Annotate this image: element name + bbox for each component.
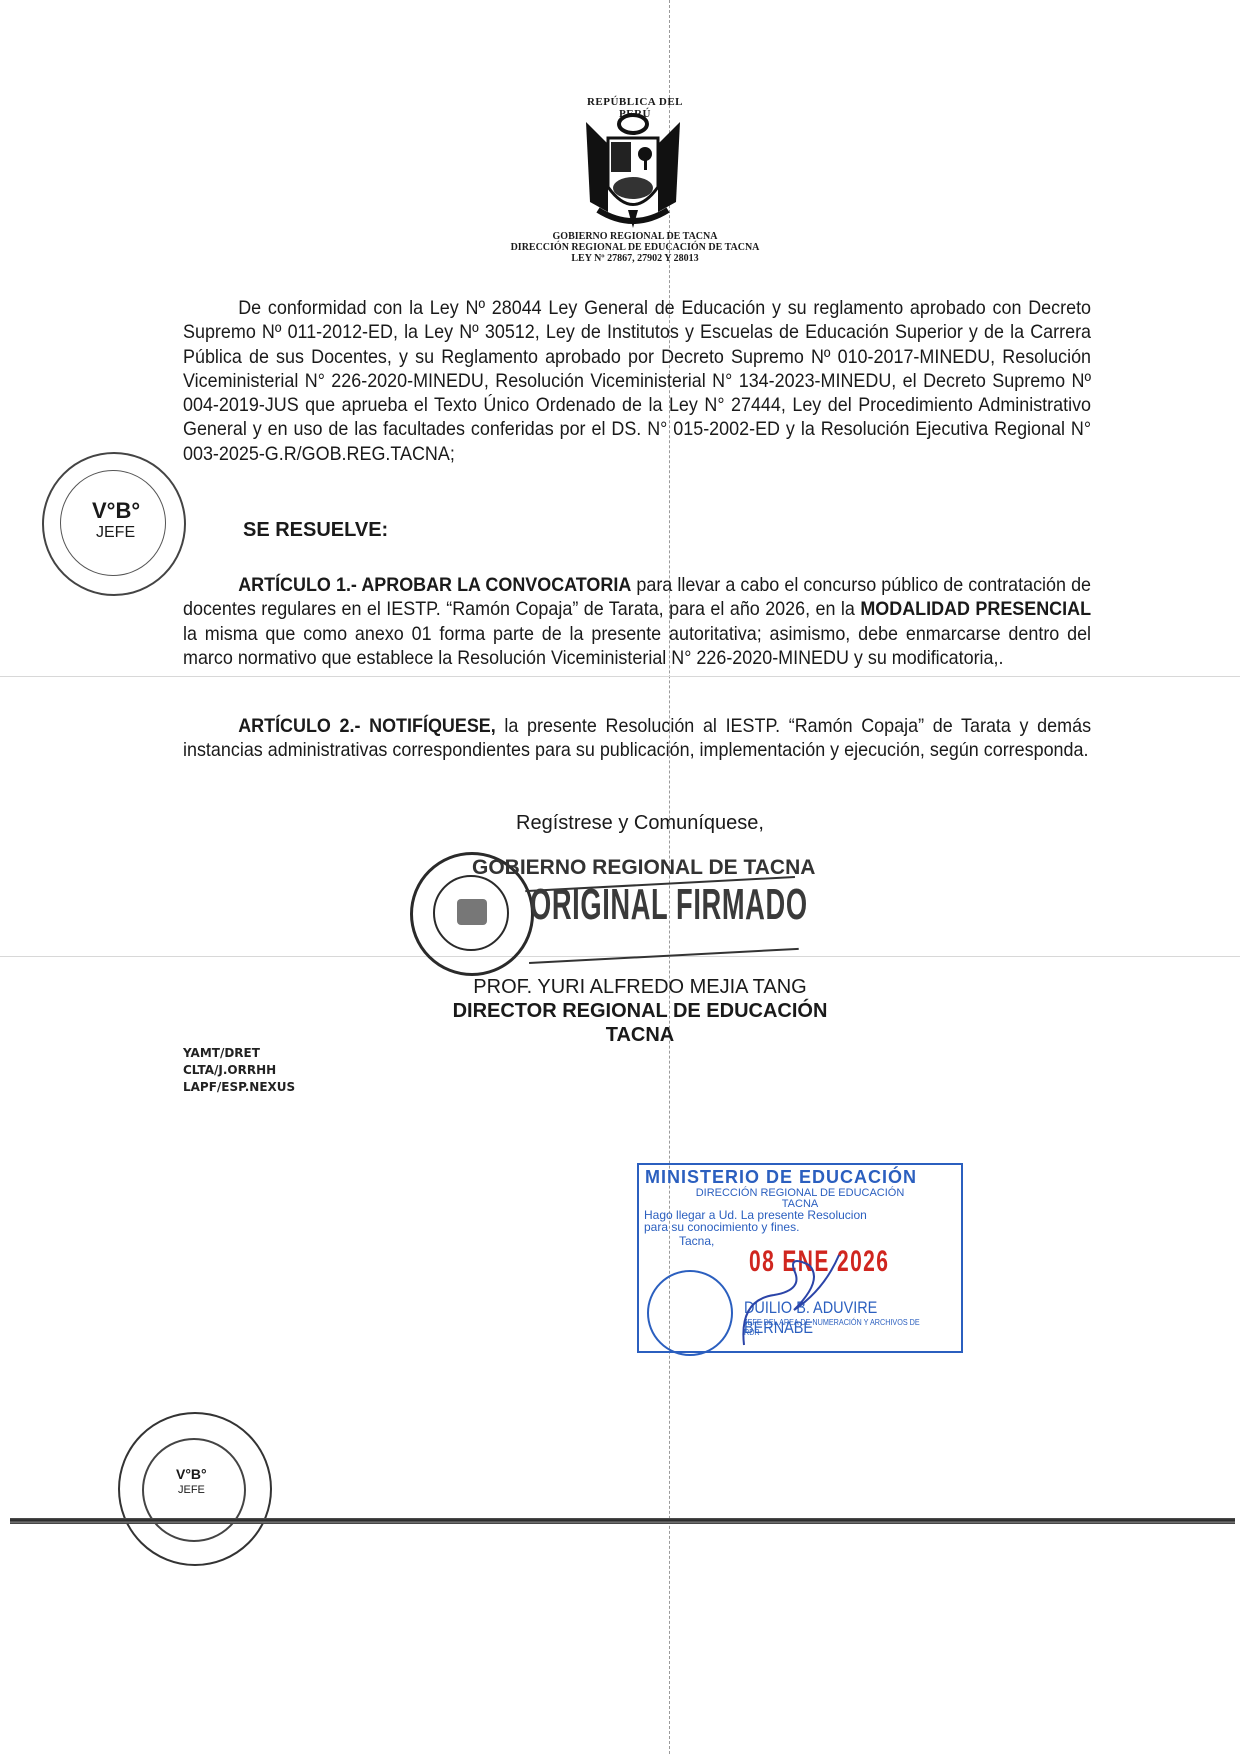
letterhead-line: LEY Nº 27867, 27902 Y 28013 [440, 253, 830, 264]
jefe-label: JEFE [96, 524, 135, 542]
articulo-1: ARTÍCULO 1.- APROBAR LA CONVOCATORIA par… [183, 573, 1091, 670]
vobo-label: V°B° [92, 498, 140, 524]
initials-line: CLTA/J.ORRHH [183, 1062, 295, 1079]
considerando-paragraph: De conformidad con la Ley Nº 28044 Ley G… [183, 296, 1091, 466]
vobo-label: V°B° [176, 1466, 207, 1482]
closing-phrase: Regístrese y Comuníquese, [500, 812, 780, 835]
stamp-place: Tacna, [679, 1235, 714, 1248]
initials-line: YAMT/DRET [183, 1045, 295, 1062]
stamp-line: para su conocimiento y fines. [644, 1221, 799, 1234]
ministerio-title: MINISTERIO DE EDUCACIÓN [645, 1167, 917, 1188]
bottom-rule [10, 1518, 1235, 1524]
modalidad-label: MODALIDAD PRESENCIAL [860, 598, 1091, 620]
recursos-humanos-seal: V°B° JEFE [118, 1412, 272, 1566]
original-firmado-stamp: ORIGINAL FIRMADO [530, 880, 808, 930]
signatory-title: DIRECTOR REGIONAL DE EDUCACIÓN [420, 1000, 860, 1023]
peru-coat-of-arms-icon [578, 92, 688, 232]
letterhead-line: DIRECCIÓN REGIONAL DE EDUCACIÓN DE TACNA [440, 242, 830, 253]
considerando-text: De conformidad con la Ley Nº 28044 Ley G… [183, 297, 1091, 465]
articulo-1-text-cont: la misma que como anexo 01 forma parte d… [183, 623, 1091, 669]
seal-crest-icon [457, 899, 487, 925]
se-resuelve-heading: SE RESUELVE: [243, 519, 388, 542]
letterhead: GOBIERNO REGIONAL DE TACNA DIRECCIÓN REG… [440, 231, 830, 264]
initials-block: YAMT/DRET CLTA/J.ORRHH LAPF/ESP.NEXUS [183, 1045, 295, 1096]
drе-seal [647, 1270, 733, 1356]
signature-org-line: GOBIERNO REGIONAL DE TACNA [472, 856, 815, 880]
asesoria-juridica-seal: V°B° JEFE [42, 452, 186, 596]
signatory-name: PROF. YURI ALFREDO MEJIA TANG [430, 976, 850, 999]
scan-fold-line-horizontal [0, 676, 1240, 677]
articulo-2: ARTÍCULO 2.- NOTIFÍQUESE, la presente Re… [183, 714, 1091, 763]
initials-line: LAPF/ESP.NEXUS [183, 1079, 295, 1096]
ministerio-reception-stamp: MINISTERIO DE EDUCACIÓN DIRECCIÓN REGION… [637, 1163, 963, 1353]
articulo-2-heading: ARTÍCULO 2.- NOTIFÍQUESE, [238, 715, 496, 737]
handwritten-signature-icon [734, 1250, 844, 1350]
jefe-label: JEFE [178, 1484, 205, 1496]
letterhead-line: GOBIERNO REGIONAL DE TACNA [440, 231, 830, 242]
articulo-1-heading: ARTÍCULO 1.- APROBAR LA CONVOCATORIA [238, 574, 631, 596]
signatory-title-city: TACNA [560, 1024, 720, 1047]
